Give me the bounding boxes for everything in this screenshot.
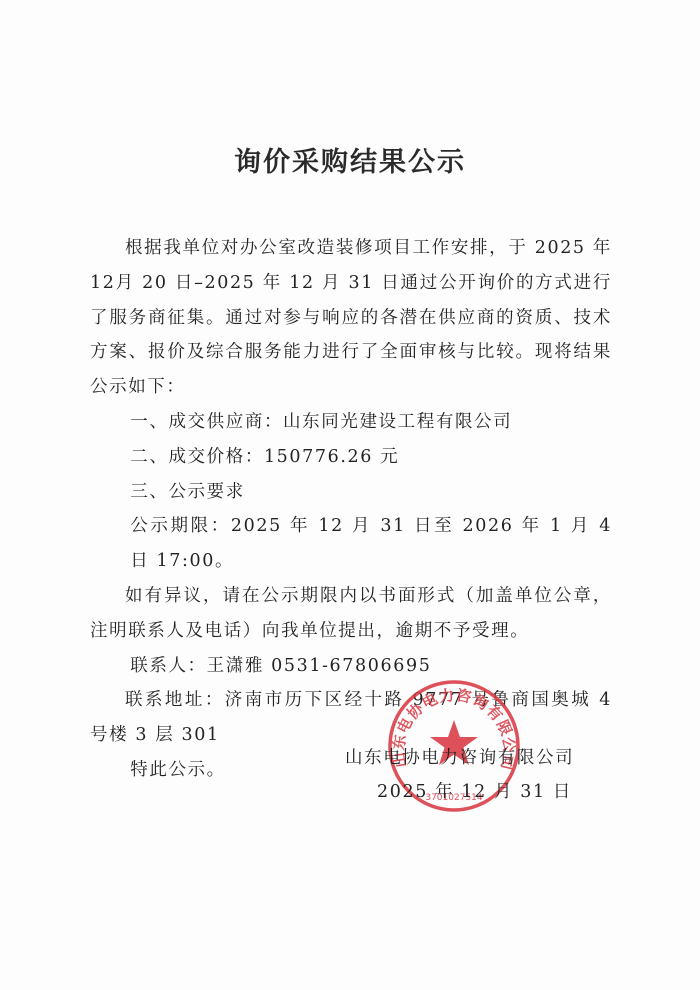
contact-person: 联系人：王潇雅 0531-67806695 bbox=[90, 649, 612, 684]
publicity-period: 公示期限：2025 年 12 月 31 日至 2026 年 1 月 4 日 17… bbox=[90, 509, 612, 579]
address-line-2: 3 层 301 bbox=[135, 725, 219, 745]
item-price: 二、成交价格：150776.26 元 bbox=[90, 440, 612, 475]
item-requirements: 三、公示要求 bbox=[90, 475, 612, 510]
document-title: 询价采购结果公示 bbox=[0, 140, 700, 179]
document-page: 询价采购结果公示 根据我单位对办公室改造装修项目工作安排，于 2025 年 12… bbox=[0, 0, 700, 990]
objection-paragraph: 如有异议，请在公示期限内以书面形式（加盖单位公章，注明联系人及电话）向我单位提出… bbox=[90, 579, 612, 649]
objection-line-2: 明联系人及电话）向我单位提出，逾期不予受理。 bbox=[109, 621, 529, 641]
intro-paragraph: 根据我单位对办公室改造装修项目工作安排，于 2025 年 12月 20 日–20… bbox=[90, 231, 612, 405]
signature-company: 山东电协电力咨询有限公司 bbox=[345, 744, 574, 769]
item-supplier: 一、成交供应商：山东同光建设工程有限公司 bbox=[90, 405, 612, 440]
contact-address: 联系地址：济南市历下区经十路 9777 号鲁商国奥城 4 号楼 3 层 301 bbox=[90, 683, 612, 753]
document-body: 根据我单位对办公室改造装修项目工作安排，于 2025 年 12月 20 日–20… bbox=[90, 231, 612, 788]
signature-date: 2025 年 12 月 31 日 bbox=[377, 778, 572, 803]
